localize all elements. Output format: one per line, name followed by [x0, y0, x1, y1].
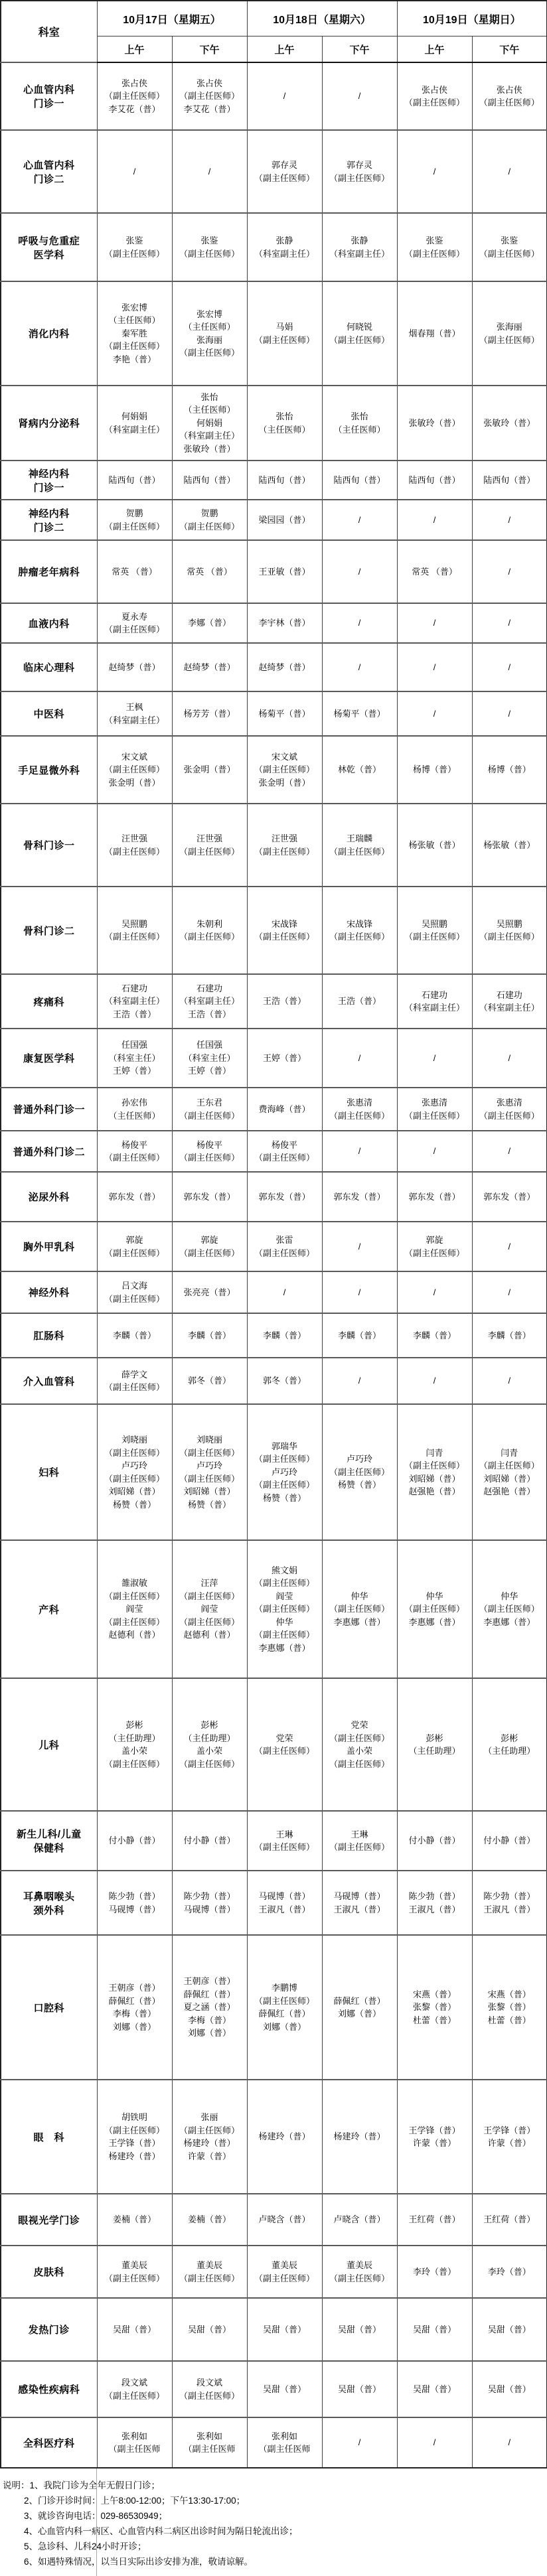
schedule-cell: 张宏博 （主任医师） 张海丽 （副主任医师） — [172, 281, 247, 386]
schedule-cell: 党荣 （副主任医师） 盖小荣 （副主任医师） — [322, 1678, 397, 1811]
schedule-cell: 张怡 （主任医师） — [247, 386, 322, 461]
dept-label: 心血管内科 门诊一 — [1, 62, 97, 130]
schedule-cell: 杨博（普） — [397, 736, 472, 804]
schedule-cell: / — [322, 62, 397, 130]
schedule-cell: 梁园园（普） — [247, 500, 322, 540]
schedule-cell: 郭瑞华 （副主任医师） 卢巧玲 （副主任医师） 杨赞（普） — [247, 1404, 322, 1540]
schedule-cell: / — [322, 1222, 397, 1271]
schedule-cell: 郭东发（普） — [172, 1172, 247, 1222]
dept-label: 血液内科 — [1, 603, 97, 643]
schedule-cell: 赵绮梦（普） — [172, 643, 247, 691]
schedule-cell: 石建功 （科室副主任） — [397, 974, 472, 1029]
schedule-cell: 吴甜（普） — [247, 2361, 322, 2417]
schedule-cell: 李鹏博 （副主任医师） 薛佩红（普） 刘娜（普） — [247, 1935, 322, 2080]
schedule-cell: 李麟（普） — [397, 1313, 472, 1358]
schedule-cell: 吴甜（普） — [472, 2298, 547, 2361]
schedule-cell: / — [472, 603, 547, 643]
schedule-cell: 吴照鹏 （副主任医师） — [397, 887, 472, 974]
table-row: 心血管内科 门诊一张占侠 （副主任医师） 李艾花（普）张占侠 （副主任医师） 李… — [1, 62, 547, 130]
schedule-cell: / — [397, 130, 472, 213]
schedule-cell: 陆西旬（普） — [322, 461, 397, 500]
schedule-cell: 吴甜（普） — [172, 2298, 247, 2361]
table-row: 临床心理科赵绮梦（普）赵绮梦（普）赵绮梦（普）/// — [1, 643, 547, 691]
table-row: 神经内科 门诊一陆西旬（普）陆西旬（普）陆西旬（普）陆西旬（普）陆西旬（普）陆西… — [1, 461, 547, 500]
dept-label: 疼痛科 — [1, 974, 97, 1029]
table-row: 肾病内分泌科何娟娟 （科室副主任）张怡 （主任医师） 何娟娟 （科室副主任） 张… — [1, 386, 547, 461]
outpatient-schedule-table: 科室 10月17日（星期五） 10月18日（星期六） 10月19日（星期日） 上… — [0, 0, 547, 2469]
table-row: 呼吸与危重症 医学科张鉴 （副主任医师）张鉴 （副主任医师）张静 （科室副主任）… — [1, 213, 547, 281]
schedule-cell: 朱朝利 （副主任医师） — [172, 887, 247, 974]
schedule-cell: 李玲（普） — [472, 2246, 547, 2298]
schedule-cell: 陈少勃（普） 马砚博（普） — [97, 1871, 172, 1935]
dept-label: 肾病内分泌科 — [1, 386, 97, 461]
note-line: 2、门诊开诊时间：上午8:00-12:00；下午13:30-17:00； — [3, 2493, 543, 2508]
schedule-cell: / — [397, 691, 472, 736]
schedule-cell: 马砚博（普） 王淑凡（普） — [247, 1871, 322, 1935]
schedule-cell: 李麟（普） — [97, 1313, 172, 1358]
schedule-cell: / — [322, 540, 397, 603]
schedule-cell: 贺鹏 （副主任医师） — [97, 500, 172, 540]
schedule-cell: 杨建玲（普） — [247, 2080, 322, 2194]
schedule-cell: 常英 （普） — [397, 540, 472, 603]
schedule-cell: 党荣 （副主任医师） — [247, 1678, 322, 1811]
schedule-cell: / — [322, 2417, 397, 2468]
schedule-cell: / — [472, 691, 547, 736]
table-row: 感染性疾病科段文斌 （副主任医师）段文斌 （副主任医师）吴甜（普）吴甜（普）吴甜… — [1, 2361, 547, 2417]
table-row: 骨科门诊一汪世强 （副主任医师）汪世强 （副主任医师）汪世强 （副主任医师）王瑞… — [1, 804, 547, 887]
table-row: 儿科彭彬 （主任助理） 盖小荣 （副主任医师）彭彬 （主任助理） 盖小荣 （副主… — [1, 1678, 547, 1811]
table-row: 神经外科吕文海 （副主任医师）张亮亮（普）//// — [1, 1271, 547, 1313]
schedule-cell: 吴甜（普） — [97, 2298, 172, 2361]
schedule-cell: 郭冬（普） — [172, 1358, 247, 1404]
schedule-cell: 郭旋 （副主任医师） — [397, 1222, 472, 1271]
schedule-cell: 宋战锋 （副主任医师） — [247, 887, 322, 974]
schedule-cell: 王婷（普） — [247, 1029, 322, 1088]
schedule-cell: 张利如 （副主任医师 — [247, 2417, 322, 2468]
dept-label: 新生儿科/儿童 保健科 — [1, 1811, 97, 1871]
schedule-cell: 郭存灵 （副主任医师） — [322, 130, 397, 213]
schedule-cell: 李麟（普） — [472, 1313, 547, 1358]
schedule-cell: / — [472, 2417, 547, 2468]
schedule-cell: / — [472, 1271, 547, 1313]
schedule-cell: 付小静（普） — [472, 1811, 547, 1871]
schedule-cell: 郭东发（普） — [322, 1172, 397, 1222]
table-row: 发热门诊吴甜（普）吴甜（普）吴甜（普）吴甜（普）吴甜（普）吴甜（普） — [1, 2298, 547, 2361]
schedule-cell: 李玲（普） — [397, 2246, 472, 2298]
schedule-cell: / — [322, 500, 397, 540]
schedule-cell: / — [97, 130, 172, 213]
schedule-cell: 吴甜（普） — [322, 2298, 397, 2361]
schedule-cell: 张利如 （副主任医师 — [172, 2417, 247, 2468]
table-row: 产科雒淑敏 （副主任医师） 阎莹 （副主任医师） 赵德利（普）汪萍 （副主任医师… — [1, 1540, 547, 1678]
schedule-cell: 郭东发（普） — [97, 1172, 172, 1222]
schedule-cell: 张敏玲（普） — [397, 386, 472, 461]
schedule-cell: 杨俊平 （副主任医师） — [97, 1131, 172, 1172]
schedule-cell: 陈少勃（普） 王淑凡（普） — [397, 1871, 472, 1935]
session-header-am: 上午 — [97, 36, 172, 63]
schedule-cell: / — [472, 1029, 547, 1088]
schedule-cell: 常英 （普） — [172, 540, 247, 603]
table-row: 消化内科张宏博 （主任医师） 秦军胜 （副主任医师） 李艳（普）张宏博 （主任医… — [1, 281, 547, 386]
schedule-cell: / — [472, 1222, 547, 1271]
table-row: 胸外甲乳科郭旋 （副主任医师）郭旋 （副主任医师）张雷 （副主任医师）/郭旋 （… — [1, 1222, 547, 1271]
schedule-cell: 姜楠（普） — [172, 2194, 247, 2246]
schedule-cell: 孙宏伟 （主任医师） — [97, 1088, 172, 1131]
schedule-cell: 杨菊平（普） — [247, 691, 322, 736]
dept-label: 普通外科门诊一 — [1, 1088, 97, 1131]
schedule-cell: 彭彬 （主任助理） — [472, 1678, 547, 1811]
schedule-cell: 张惠清 （副主任医师） — [322, 1088, 397, 1131]
schedule-cell: 李娜（普） — [172, 603, 247, 643]
schedule-cell: / — [397, 643, 472, 691]
schedule-cell: 陆西旬（普） — [397, 461, 472, 500]
schedule-cell: 石建功 （科室副主任） 王浩（普） — [97, 974, 172, 1029]
dept-label: 中医科 — [1, 691, 97, 736]
schedule-cell: 薛学文 （副主任医师） — [97, 1358, 172, 1404]
dept-label: 临床心理科 — [1, 643, 97, 691]
schedule-cell: / — [322, 643, 397, 691]
schedule-cell: 李麟（普） — [172, 1313, 247, 1358]
dept-label: 泌尿外科 — [1, 1172, 97, 1222]
schedule-cell: 宋燕（普） 张黎（普） 杜蕾（普） — [397, 1935, 472, 2080]
schedule-cell: 王学锋（普） 许蒙（普） — [397, 2080, 472, 2194]
dept-label: 肿瘤老年病科 — [1, 540, 97, 603]
dept-label: 骨科门诊一 — [1, 804, 97, 887]
notes-section: 说明：1、我院门诊为全年无假日门诊； 2、门诊开诊时间：上午8:00-12:00… — [0, 2469, 547, 2576]
schedule-cell: / — [397, 1131, 472, 1172]
schedule-cell: 陆西旬（普） — [97, 461, 172, 500]
schedule-cell: 夏永寿 （副主任医师） — [97, 603, 172, 643]
schedule-cell: 付小静（普） — [397, 1811, 472, 1871]
schedule-cell: 李麟（普） — [247, 1313, 322, 1358]
schedule-cell: 吴照鹏 （副主任医师） — [472, 887, 547, 974]
schedule-cell: 王瑞麟 （副主任医师） — [322, 804, 397, 887]
table-row: 疼痛科石建功 （科室副主任） 王浩（普）石建功 （科室副主任） 王浩（普）王浩（… — [1, 974, 547, 1029]
schedule-cell: 仲华 （副主任医师） 李惠娜（普） — [322, 1540, 397, 1678]
schedule-cell: 吴甜（普） — [472, 2361, 547, 2417]
schedule-cell: 李宇林（普） — [247, 603, 322, 643]
schedule-cell: 何娟娟 （科室副主任） — [97, 386, 172, 461]
table-row: 新生儿科/儿童 保健科付小静（普）付小静（普）王琳 （副主任医师）王琳 （副主任… — [1, 1811, 547, 1871]
schedule-cell: / — [247, 62, 322, 130]
schedule-cell: 任国强 （科室主任） 王婷（普） — [97, 1029, 172, 1088]
dept-label: 消化内科 — [1, 281, 97, 386]
schedule-cell: 张金明（普） — [172, 736, 247, 804]
schedule-cell: 汪萍 （副主任医师） 阎莹 （副主任医师） 赵德利（普） — [172, 1540, 247, 1678]
schedule-cell: 郭冬（普） — [247, 1358, 322, 1404]
schedule-cell: 赵绮梦（普） — [97, 643, 172, 691]
session-header-am: 上午 — [397, 36, 472, 63]
schedule-cell: 刘晓丽 （副主任医师） 卢巧玲 （副主任医师） 刘昭娣（普） 杨赞（普） — [97, 1404, 172, 1540]
table-row: 妇科刘晓丽 （副主任医师） 卢巧玲 （副主任医师） 刘昭娣（普） 杨赞（普）刘晓… — [1, 1404, 547, 1540]
schedule-cell: 贺鹏 （副主任医师） — [172, 500, 247, 540]
table-row: 骨科门诊二吴照鹏 （副主任医师）朱朝利 （副主任医师）宋战锋 （副主任医师）宋战… — [1, 887, 547, 974]
schedule-cell: 张亮亮（普） — [172, 1271, 247, 1313]
schedule-cell: 吴甜（普） — [247, 2298, 322, 2361]
schedule-cell: 张鉴 （副主任医师） — [97, 213, 172, 281]
schedule-cell: 付小静（普） — [97, 1811, 172, 1871]
schedule-cell: 王琳 （副主任医师） — [247, 1811, 322, 1871]
schedule-cell: 姜楠（普） — [97, 2194, 172, 2246]
schedule-cell: 张鉴 （副主任医师） — [472, 213, 547, 281]
schedule-cell: 王琳 （副主任医师） — [322, 1811, 397, 1871]
dept-label: 神经外科 — [1, 1271, 97, 1313]
schedule-cell: 汪世强 （副主任医师） — [97, 804, 172, 887]
schedule-cell: 王朝彦（普） 薛佩红（普） 李梅（普） 刘娜（普） — [97, 1935, 172, 2080]
schedule-cell: 杨菊平（普） — [322, 691, 397, 736]
schedule-cell: 仲华 （副主任医师） 李惠娜（普） — [397, 1540, 472, 1678]
table-row: 眼视光学门诊姜楠（普）姜楠（普）卢晓含（普）卢晓含（普）王红荷（普）王红荷（普） — [1, 2194, 547, 2246]
schedule-cell: / — [172, 130, 247, 213]
date-header-sun: 10月19日（星期日） — [397, 1, 547, 36]
dept-label: 呼吸与危重症 医学科 — [1, 213, 97, 281]
schedule-cell: 王朝彦（普） 薛佩红（普） 夏之涵（普） 李梅（普） 刘娜（普） — [172, 1935, 247, 2080]
schedule-cell: 刘晓丽 （副主任医师） 卢巧玲 （副主任医师） 刘昭娣（普） 杨赞（普） — [172, 1404, 247, 1540]
schedule-cell: 王东君 （副主任医师） — [172, 1088, 247, 1131]
schedule-cell: 马砚博（普） 王淑凡（普） — [322, 1871, 397, 1935]
schedule-cell: / — [322, 603, 397, 643]
session-header-am: 上午 — [247, 36, 322, 63]
schedule-cell: 张占侠 （副主任医师） 李艾花（普） — [97, 62, 172, 130]
schedule-cell: 王红荷（普） — [397, 2194, 472, 2246]
table-row: 手足显微外科宋文斌 （副主任医师） 张金明（普）张金明（普）宋文斌 （副主任医师… — [1, 736, 547, 804]
schedule-cell: 薛佩红（普） 刘娜（普） — [322, 1935, 397, 2080]
schedule-cell: 费海峰（普） — [247, 1088, 322, 1131]
schedule-cell: 董美辰 （副主任医师） — [247, 2246, 322, 2298]
table-row: 心血管内科 门诊二//郭存灵 （副主任医师）郭存灵 （副主任医师）// — [1, 130, 547, 213]
dept-label: 眼视光学门诊 — [1, 2194, 97, 2246]
schedule-cell: 赵绮梦（普） — [247, 643, 322, 691]
table-row: 皮肤科董美辰 （副主任医师）董美辰 （副主任医师）董美辰 （副主任医师）董美辰 … — [1, 2246, 547, 2298]
table-row: 中医科王枫 （科室副主任）杨芳芳（普）杨菊平（普）杨菊平（普）// — [1, 691, 547, 736]
schedule-cell: / — [322, 1131, 397, 1172]
schedule-cell: 郭旋 （副主任医师） — [97, 1222, 172, 1271]
dept-label: 妇科 — [1, 1404, 97, 1540]
schedule-cell: / — [472, 130, 547, 213]
table-body: 心血管内科 门诊一张占侠 （副主任医师） 李艾花（普）张占侠 （副主任医师） 李… — [1, 62, 547, 2468]
schedule-cell: 石建功 （科室副主任） 王浩（普） — [172, 974, 247, 1029]
dept-label: 手足显微外科 — [1, 736, 97, 804]
schedule-cell: 卢晓含（普） — [322, 2194, 397, 2246]
schedule-cell: 郭东发（普） — [472, 1172, 547, 1222]
schedule-cell: 张怡 （主任医师） 何娟娟 （科室副主任） 张敏玲（普） — [172, 386, 247, 461]
schedule-cell: 任国强 （科室主任） 王婷（普） — [172, 1029, 247, 1088]
schedule-cell: 张惠清 （副主任医师） — [472, 1088, 547, 1131]
schedule-cell: 林乾（普） — [322, 736, 397, 804]
schedule-cell: / — [397, 1358, 472, 1404]
schedule-cell: 王红荷（普） — [472, 2194, 547, 2246]
schedule-cell: 郭存灵 （副主任医师） — [247, 130, 322, 213]
note-line: 4、心血管内科一病区、心血管内科二病区出诊时间为隔日轮流出诊； — [3, 2524, 543, 2539]
schedule-cell: 张雷 （副主任医师） — [247, 1222, 322, 1271]
schedule-cell: 张怡 （主任医师） — [322, 386, 397, 461]
schedule-cell: / — [247, 1271, 322, 1313]
schedule-cell: 陈少勃（普） 王淑凡（普） — [472, 1871, 547, 1935]
table-row: 眼 科胡铁明 （副主任医师） 王学锋（普） 杨建玲（普）张丽 （副主任医师） 杨… — [1, 2080, 547, 2194]
schedule-cell: 卢晓含（普） — [247, 2194, 322, 2246]
schedule-cell: 汪世强 （副主任医师） — [172, 804, 247, 887]
schedule-cell: 陈少勃（普） 马砚博（普） — [172, 1871, 247, 1935]
session-header-pm: 下午 — [322, 36, 397, 63]
schedule-cell: 杨建玲（普） — [322, 2080, 397, 2194]
schedule-cell: / — [397, 500, 472, 540]
schedule-cell: 杨张敏（普） — [397, 804, 472, 887]
schedule-cell: 宋燕（普） 张黎（普） 杜蕾（普） — [472, 1935, 547, 2080]
schedule-cell: 熊文娟 （副主任医师） 阎莹 （副主任医师） 仲华 （副主任医师） 李惠娜（普） — [247, 1540, 322, 1678]
dept-label: 胸外甲乳科 — [1, 1222, 97, 1271]
schedule-cell: 郭旋 （副主任医师） — [172, 1222, 247, 1271]
schedule-cell: 张静 （科室副主任） — [322, 213, 397, 281]
schedule-cell: 石建功 （科室副主任） — [472, 974, 547, 1029]
schedule-cell: 王学锋（普） 许蒙（普） — [472, 2080, 547, 2194]
schedule-cell: 张敏玲（普） — [472, 386, 547, 461]
dept-label: 介入血管科 — [1, 1358, 97, 1404]
dept-label: 心血管内科 门诊二 — [1, 130, 97, 213]
schedule-cell: 杨俊平 （副主任医师） — [247, 1131, 322, 1172]
schedule-cell: 张利如 （副主任医师 — [97, 2417, 172, 2468]
schedule-cell: 宋文斌 （副主任医师） 张金明（普） — [97, 736, 172, 804]
schedule-cell: 闫青 （副主任医师） 刘昭娣（普） 赵强艳（普） — [472, 1404, 547, 1540]
schedule-cell: 闫青 （副主任医师） 刘昭娣（普） 赵强艳（普） — [397, 1404, 472, 1540]
schedule-cell: 彭彬 （主任助理） 盖小荣 （副主任医师） — [172, 1678, 247, 1811]
schedule-cell: / — [472, 1358, 547, 1404]
schedule-cell: 张鉴 （副主任医师） — [172, 213, 247, 281]
table-row: 血液内科夏永寿 （副主任医师）李娜（普）李宇林（普）/// — [1, 603, 547, 643]
schedule-cell: 张丽 （副主任医师） 杨建玲（普） 许蒙（普） — [172, 2080, 247, 2194]
schedule-cell: 胡铁明 （副主任医师） 王学锋（普） 杨建玲（普） — [97, 2080, 172, 2194]
schedule-cell: / — [322, 1029, 397, 1088]
schedule-cell: / — [397, 1271, 472, 1313]
schedule-cell: / — [397, 1029, 472, 1088]
schedule-cell: 仲华 （副主任医师） 李惠娜（普） — [472, 1540, 547, 1678]
dept-label: 全科医疗科 — [1, 2417, 97, 2468]
schedule-cell: 陆西旬（普） — [472, 461, 547, 500]
schedule-cell: 吴甜（普） — [397, 2298, 472, 2361]
note-line: 6、如遇特殊情况，以当日实际出诊安排为准，敬请谅解。 — [3, 2554, 543, 2569]
schedule-cell: / — [397, 603, 472, 643]
dept-label: 皮肤科 — [1, 2246, 97, 2298]
schedule-cell: 张占侠 （副主任医师） — [472, 62, 547, 130]
column-grid-line — [96, 2469, 97, 2576]
schedule-cell: 张惠清 （副主任医师） — [397, 1088, 472, 1131]
dept-label: 神经内科 门诊一 — [1, 461, 97, 500]
schedule-cell: 汪世强 （副主任医师） — [247, 804, 322, 887]
schedule-cell: 宋战锋 （副主任医师） — [322, 887, 397, 974]
date-header-sat: 10月18日（星期六） — [247, 1, 397, 36]
dept-label: 肛肠科 — [1, 1313, 97, 1358]
schedule-cell: 彭彬 （主任助理） 盖小荣 （副主任医师） — [97, 1678, 172, 1811]
schedule-cell: 吴甜（普） — [322, 2361, 397, 2417]
schedule-cell: 董美辰 （副主任医师） — [97, 2246, 172, 2298]
schedule-cell: 卢巧玲 （副主任医师） 杨赞（普） — [322, 1404, 397, 1540]
schedule-cell: 郭东发（普） — [397, 1172, 472, 1222]
date-header-fri: 10月17日（星期五） — [97, 1, 247, 36]
schedule-cell: 何晓锐 （副主任医师） — [322, 281, 397, 386]
schedule-cell: 李麟（普） — [322, 1313, 397, 1358]
schedule-cell: 陆西旬（普） — [172, 461, 247, 500]
session-header-pm: 下午 — [472, 36, 547, 63]
schedule-cell: 陆西旬（普） — [247, 461, 322, 500]
dept-label: 发热门诊 — [1, 2298, 97, 2361]
table-row: 耳鼻咽喉头 颈外科陈少勃（普） 马砚博（普）陈少勃（普） 马砚博（普）马砚博（普… — [1, 1871, 547, 1935]
schedule-cell: 杨张敏（普） — [472, 804, 547, 887]
dept-label: 骨科门诊二 — [1, 887, 97, 974]
table-row: 全科医疗科张利如 （副主任医师张利如 （副主任医师张利如 （副主任医师/// — [1, 2417, 547, 2468]
dept-column-header: 科室 — [1, 1, 97, 62]
schedule-cell: 付小静（普） — [172, 1811, 247, 1871]
schedule-cell: 张海丽 （副主任医师） — [472, 281, 547, 386]
dept-label: 产科 — [1, 1540, 97, 1678]
schedule-cell: 常英 （普） — [97, 540, 172, 603]
schedule-cell: / — [322, 1271, 397, 1313]
schedule-cell: 吕文海 （副主任医师） — [97, 1271, 172, 1313]
table-header: 科室 10月17日（星期五） 10月18日（星期六） 10月19日（星期日） 上… — [1, 1, 547, 62]
table-row: 泌尿外科郭东发（普）郭东发（普）郭东发（普）郭东发（普）郭东发（普）郭东发（普） — [1, 1172, 547, 1222]
schedule-cell: 王枫 （科室副主任） — [97, 691, 172, 736]
schedule-cell: 杨博（普） — [472, 736, 547, 804]
schedule-cell: 吴照鹏 （副主任医师） — [97, 887, 172, 974]
table-row: 神经内科 门诊二贺鹏 （副主任医师）贺鹏 （副主任医师）梁园园（普）/// — [1, 500, 547, 540]
table-row: 康复医学科任国强 （科室主任） 王婷（普）任国强 （科室主任） 王婷（普）王婷（… — [1, 1029, 547, 1088]
dept-label: 口腔科 — [1, 1935, 97, 2080]
schedule-cell: / — [472, 540, 547, 603]
schedule-cell: 董美辰 （副主任医师） — [322, 2246, 397, 2298]
dept-label: 感染性疾病科 — [1, 2361, 97, 2417]
schedule-cell: 王亚敏（普） — [247, 540, 322, 603]
schedule-cell: / — [397, 2417, 472, 2468]
schedule-cell: 郭东发（普） — [247, 1172, 322, 1222]
schedule-cell: 烟春翔（普） — [397, 281, 472, 386]
dept-label: 儿科 — [1, 1678, 97, 1811]
schedule-cell: 张鉴 （副主任医师） — [397, 213, 472, 281]
note-line: 5、急诊科、儿科24小时开诊； — [3, 2539, 543, 2554]
table-row: 肛肠科李麟（普）李麟（普）李麟（普）李麟（普）李麟（普）李麟（普） — [1, 1313, 547, 1358]
dept-label: 神经内科 门诊二 — [1, 500, 97, 540]
schedule-cell: 杨俊平 （副主任医师） — [172, 1131, 247, 1172]
note-line: 说明：1、我院门诊为全年无假日门诊； — [3, 2478, 543, 2493]
schedule-cell: / — [472, 643, 547, 691]
schedule-cell: / — [322, 1358, 397, 1404]
schedule-cell: 张占侠 （副主任医师） 李艾花（普） — [172, 62, 247, 130]
schedule-cell: 宋文斌 （副主任医师） 张金明（普） — [247, 736, 322, 804]
schedule-cell: 彭彬 （主任助理） — [397, 1678, 472, 1811]
table-row: 普通外科门诊二杨俊平 （副主任医师）杨俊平 （副主任医师）杨俊平 （副主任医师）… — [1, 1131, 547, 1172]
table-row: 普通外科门诊一孙宏伟 （主任医师）王东君 （副主任医师）费海峰（普）张惠清 （副… — [1, 1088, 547, 1131]
dept-label: 耳鼻咽喉头 颈外科 — [1, 1871, 97, 1935]
schedule-cell: 马娟 （副主任医师） — [247, 281, 322, 386]
schedule-cell: / — [472, 1131, 547, 1172]
note-line: 3、就诊咨询电话：029-86530949； — [3, 2508, 543, 2524]
schedule-cell: 董美辰 （副主任医师） — [172, 2246, 247, 2298]
schedule-cell: 王浩（普） — [322, 974, 397, 1029]
schedule-cell: 杨芳芳（普） — [172, 691, 247, 736]
schedule-cell: 张占侠 （副主任医师） — [397, 62, 472, 130]
schedule-cell: 张静 （科室副主任） — [247, 213, 322, 281]
schedule-cell: 雒淑敏 （副主任医师） 阎莹 （副主任医师） 赵德利（普） — [97, 1540, 172, 1678]
schedule-cell: / — [472, 500, 547, 540]
schedule-cell: 王浩（普） — [247, 974, 322, 1029]
table-row: 口腔科王朝彦（普） 薛佩红（普） 李梅（普） 刘娜（普）王朝彦（普） 薛佩红（普… — [1, 1935, 547, 2080]
table-row: 肿瘤老年病科常英 （普）常英 （普）王亚敏（普）/常英 （普）/ — [1, 540, 547, 603]
schedule-cell: 段文斌 （副主任医师） — [172, 2361, 247, 2417]
schedule-cell: 吴甜（普） — [397, 2361, 472, 2417]
table-row: 介入血管科薛学文 （副主任医师）郭冬（普）郭冬（普）/// — [1, 1358, 547, 1404]
dept-label: 眼 科 — [1, 2080, 97, 2194]
schedule-cell: 张宏博 （主任医师） 秦军胜 （副主任医师） 李艳（普） — [97, 281, 172, 386]
session-header-pm: 下午 — [172, 36, 247, 63]
dept-label: 普通外科门诊二 — [1, 1131, 97, 1172]
schedule-cell: 段文斌 （副主任医师） — [97, 2361, 172, 2417]
